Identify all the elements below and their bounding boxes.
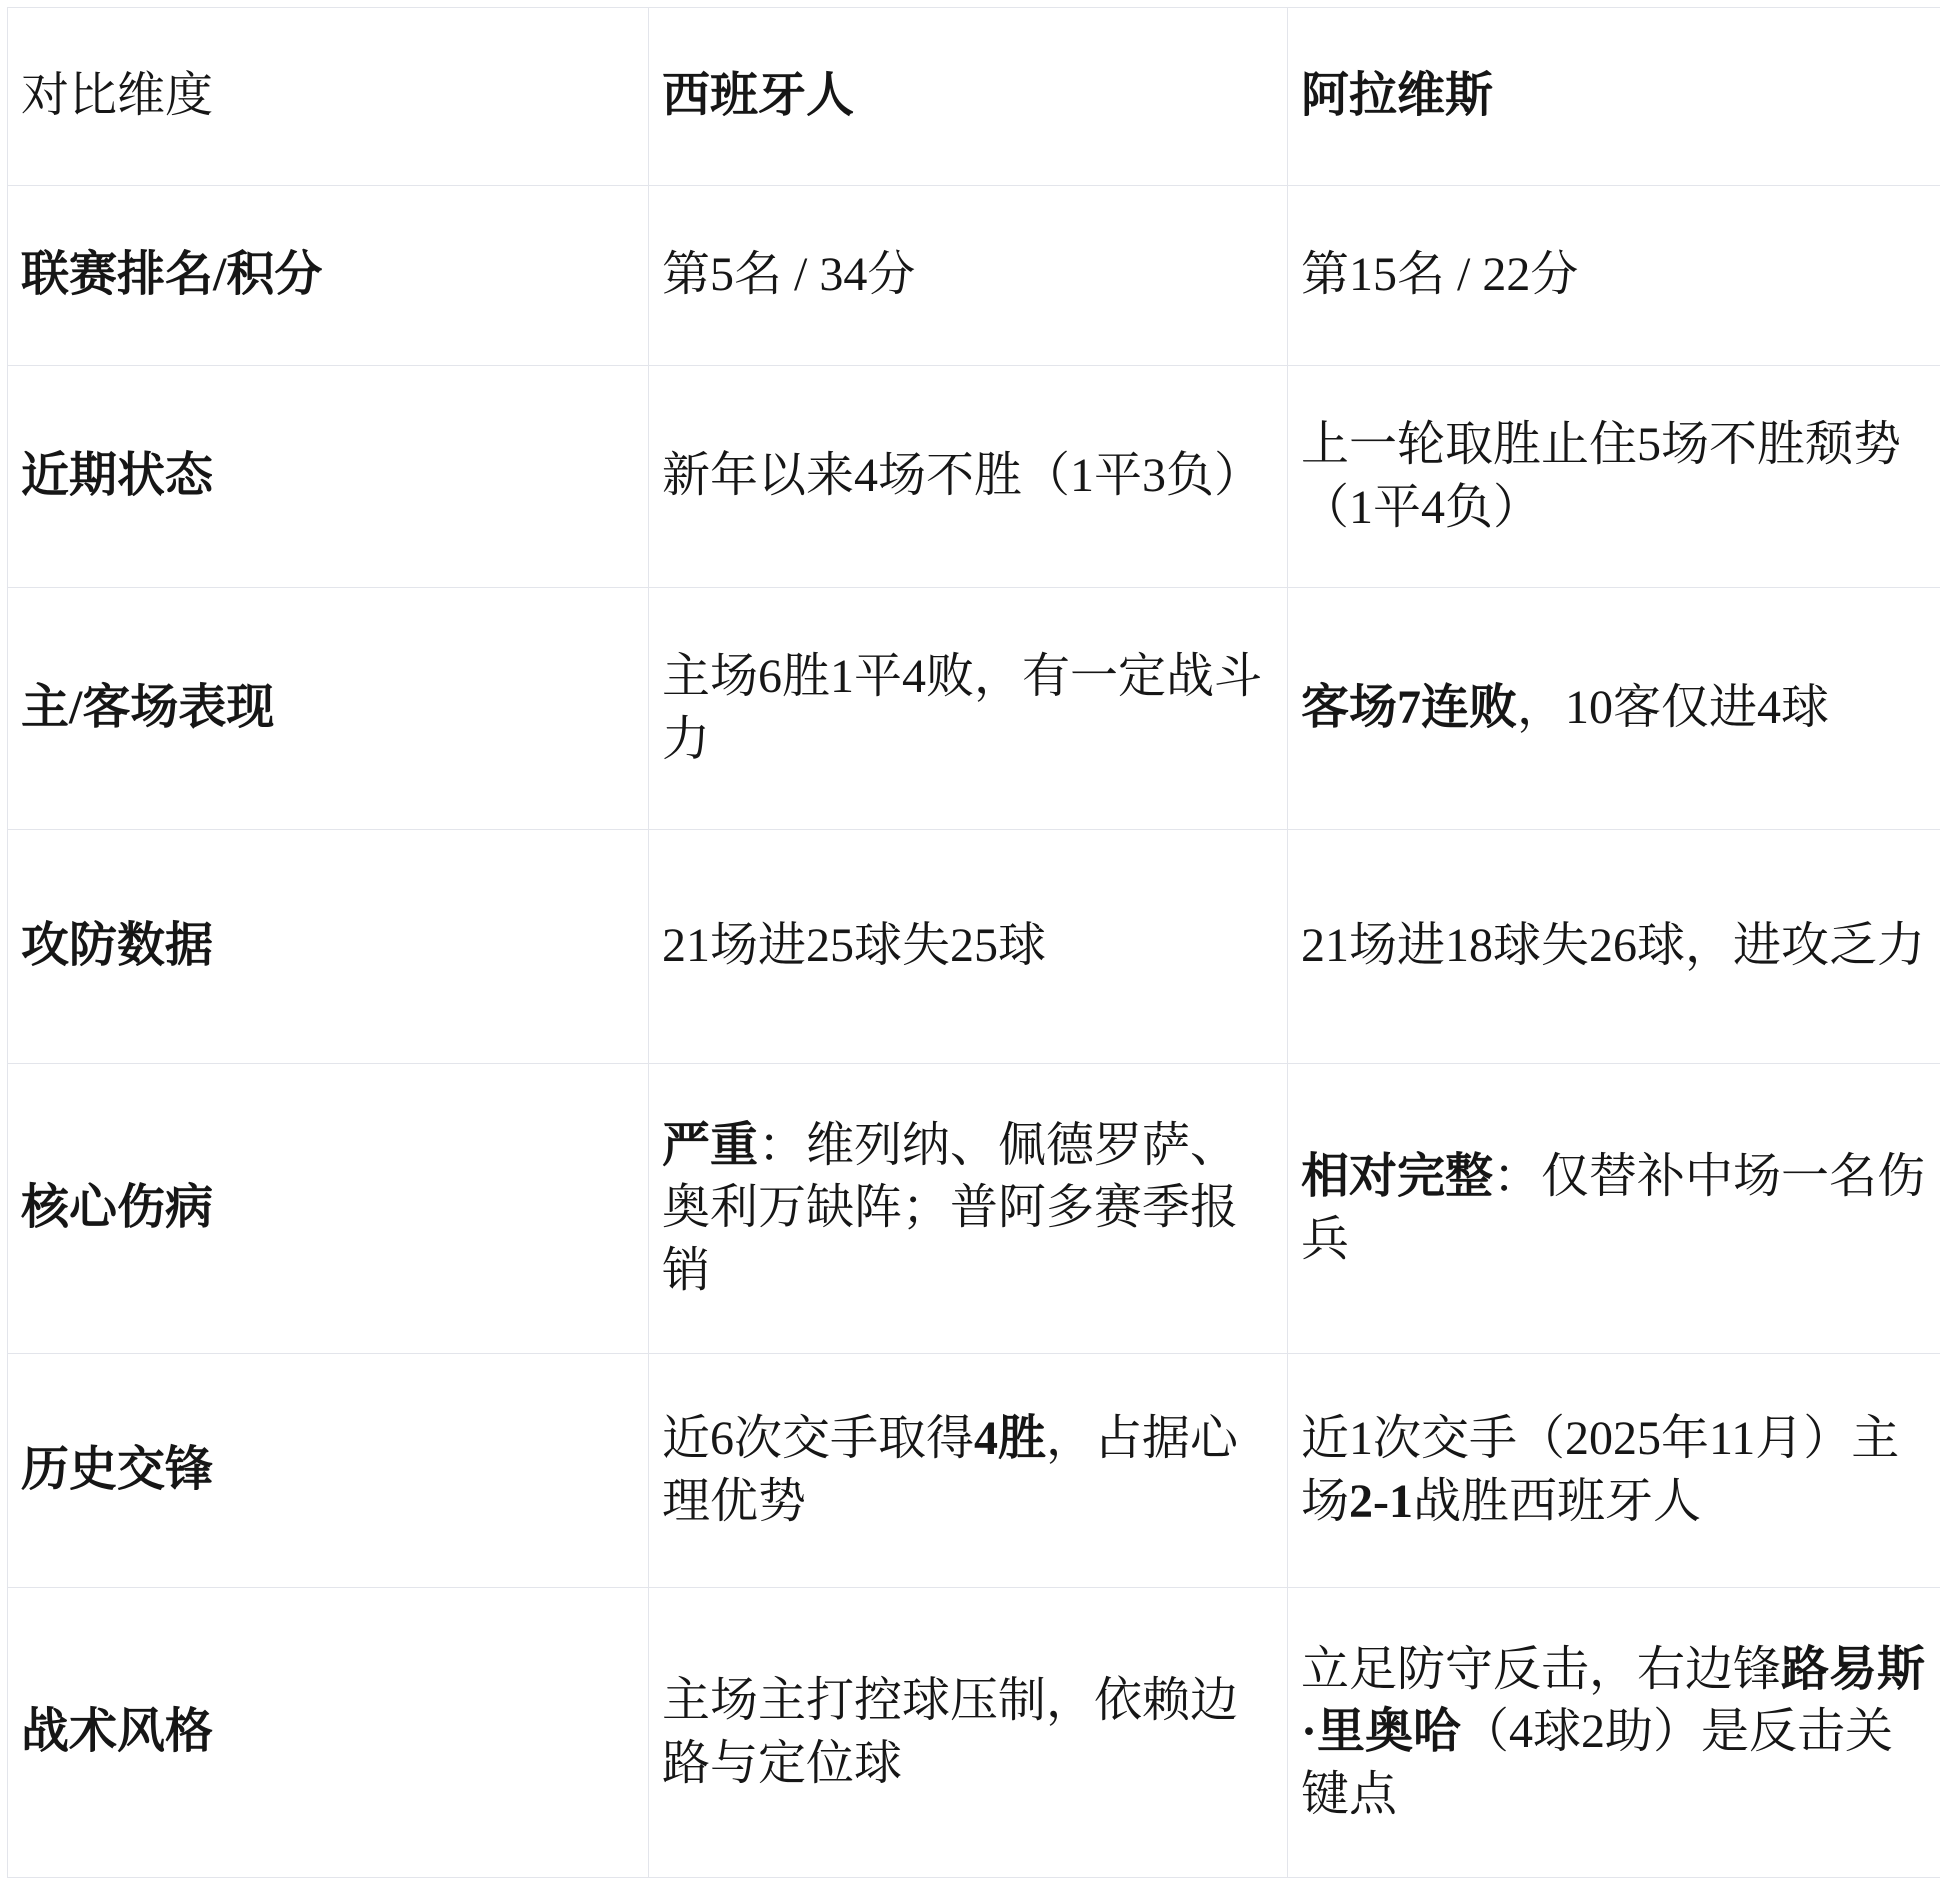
bold-text-segment: 严重 — [662, 1119, 758, 1172]
text-segment: 第5名 / 34分 — [662, 248, 915, 301]
alaves-cell: 近1次交手（2025年11月）主场2-1战胜西班牙人 — [1288, 1354, 1940, 1588]
bold-text-segment: 2-1 — [1349, 1475, 1413, 1528]
bold-text-segment: 相对完整 — [1301, 1150, 1493, 1203]
table-row-injuries: 核心伤病 严重：维列纳、佩德罗萨、奥利万缺阵；普阿多赛季报销 相对完整：仅替补中… — [8, 1064, 1940, 1354]
text-segment: 近6次交手取得 — [662, 1412, 974, 1465]
text-segment: 主场主打控球压制，依赖边路与定位球 — [662, 1674, 1238, 1789]
alaves-cell: 相对完整：仅替补中场一名伤兵 — [1288, 1064, 1940, 1354]
column-header-dimension: 对比维度 — [8, 8, 649, 186]
alaves-cell: 立足防守反击，右边锋路易斯·里奥哈（4球2助）是反击关键点 — [1288, 1588, 1940, 1878]
alaves-cell: 第15名 / 22分 — [1288, 186, 1940, 366]
alaves-cell: 客场7连败，10客仅进4球 — [1288, 588, 1940, 830]
espanyol-cell: 第5名 / 34分 — [649, 186, 1288, 366]
table-row-head-to-head: 历史交锋 近6次交手取得4胜，占据心理优势 近1次交手（2025年11月）主场2… — [8, 1354, 1940, 1588]
row-label: 攻防数据 — [8, 830, 649, 1064]
alaves-cell: 21场进18球失26球，进攻乏力 — [1288, 830, 1940, 1064]
row-label: 历史交锋 — [8, 1354, 649, 1588]
row-label: 战术风格 — [8, 1588, 649, 1878]
bold-text-segment: 4胜 — [974, 1412, 1046, 1465]
text-segment: 21场进18球失26球，进攻乏力 — [1301, 919, 1925, 972]
table-row-recent-form: 近期状态 新年以来4场不胜（1平3负） 上一轮取胜止住5场不胜颓势（1平4负） — [8, 366, 1940, 588]
text-segment: 上一轮取胜止住5场不胜颓势（1平4负） — [1301, 418, 1901, 533]
espanyol-cell: 主场6胜1平4败，有一定战斗力 — [649, 588, 1288, 830]
text-segment: 新年以来4场不胜（1平3负） — [662, 449, 1262, 502]
text-segment: 第15名 / 22分 — [1301, 248, 1578, 301]
column-header-alaves: 阿拉维斯 — [1288, 8, 1940, 186]
table-body: 联赛排名/积分 第5名 / 34分 第15名 / 22分 近期状态 新年以来4场… — [8, 186, 1940, 1878]
bold-text-segment: 客场7连败 — [1301, 681, 1517, 734]
comparison-table-container: 对比维度 西班牙人 阿拉维斯 联赛排名/积分 第5名 / 34分 第15名 / … — [7, 7, 1940, 1878]
header-row: 对比维度 西班牙人 阿拉维斯 — [8, 8, 1940, 186]
table-header: 对比维度 西班牙人 阿拉维斯 — [8, 8, 1940, 186]
espanyol-cell: 近6次交手取得4胜，占据心理优势 — [649, 1354, 1288, 1588]
espanyol-cell: 严重：维列纳、佩德罗萨、奥利万缺阵；普阿多赛季报销 — [649, 1064, 1288, 1354]
table-row-tactics: 战术风格 主场主打控球压制，依赖边路与定位球 立足防守反击，右边锋路易斯·里奥哈… — [8, 1588, 1940, 1878]
table-row-ranking: 联赛排名/积分 第5名 / 34分 第15名 / 22分 — [8, 186, 1940, 366]
text-segment: 战胜西班牙人 — [1413, 1475, 1701, 1528]
text-segment: 主场6胜1平4败，有一定战斗力 — [662, 650, 1262, 765]
alaves-cell: 上一轮取胜止住5场不胜颓势（1平4负） — [1288, 366, 1940, 588]
table-row-home-away: 主/客场表现 主场6胜1平4败，有一定战斗力 客场7连败，10客仅进4球 — [8, 588, 1940, 830]
row-label: 核心伤病 — [8, 1064, 649, 1354]
text-segment: ，10客仅进4球 — [1517, 681, 1829, 734]
table-row-attack-defense: 攻防数据 21场进25球失25球 21场进18球失26球，进攻乏力 — [8, 830, 1940, 1064]
text-segment: 立足防守反击，右边锋 — [1301, 1643, 1781, 1696]
text-segment: 21场进25球失25球 — [662, 919, 1046, 972]
espanyol-cell: 主场主打控球压制，依赖边路与定位球 — [649, 1588, 1288, 1878]
team-comparison-table: 对比维度 西班牙人 阿拉维斯 联赛排名/积分 第5名 / 34分 第15名 / … — [7, 7, 1940, 1878]
espanyol-cell: 21场进25球失25球 — [649, 830, 1288, 1064]
row-label: 主/客场表现 — [8, 588, 649, 830]
espanyol-cell: 新年以来4场不胜（1平3负） — [649, 366, 1288, 588]
row-label: 联赛排名/积分 — [8, 186, 649, 366]
column-header-espanyol: 西班牙人 — [649, 8, 1288, 186]
row-label: 近期状态 — [8, 366, 649, 588]
